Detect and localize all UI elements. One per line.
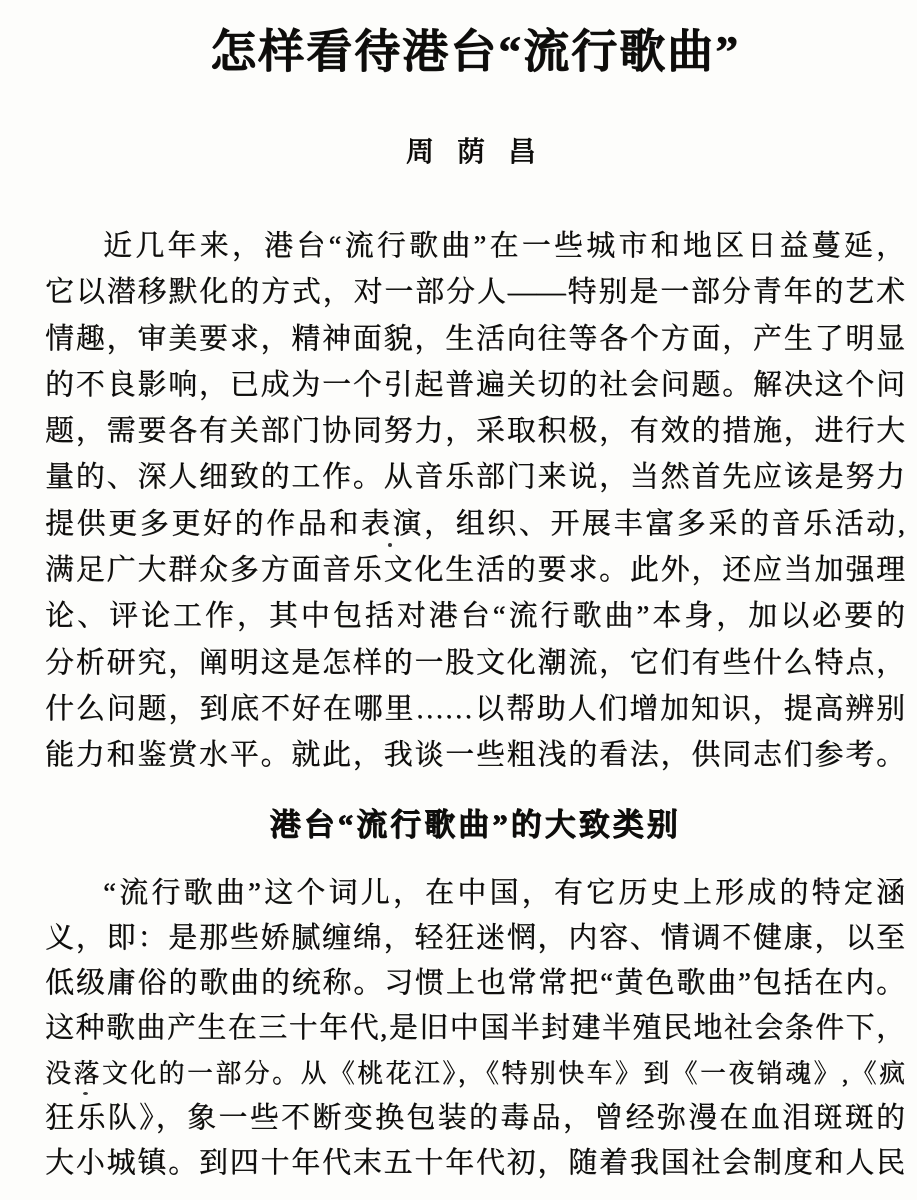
body-line: 它以潜移默化的方式，对一部分人——特别是一部分青年的艺术 — [45, 269, 905, 315]
body-line: 近几年来，港台“流行歌曲”在一些城市和地区日益蔓延， — [45, 223, 905, 269]
body-line: 没落文化的一部分。从《桃花江》，《特别快车》到《一夜销魂》,《疯 — [45, 1051, 905, 1096]
body-line: 的不良影响，已成为一个引起普遍关切的社会问题。解决这个问 — [45, 362, 905, 408]
section-paragraph: “流行歌曲”这个词儿，在中国，有它历史上形成的特定涵 义，即：是那些娇腻缠绵，轻… — [45, 871, 905, 1186]
text-block: 怎样看待港台“流行歌曲” 周 荫 昌 近几年来，港台“流行歌曲”在一些城市和地区… — [0, 0, 917, 1186]
body-line: 义，即：是那些娇腻缠绵，轻狂迷惘，内容、情调不健康，以至 — [45, 916, 905, 961]
scanned-document-page: 怎样看待港台“流行歌曲” 周 荫 昌 近几年来，港台“流行歌曲”在一些城市和地区… — [0, 0, 917, 1200]
author-name: 周 荫 昌 — [45, 135, 905, 171]
body-line: 大小城镇。到四十年代末五十年代初，随着我国社会制度和人民 — [45, 1141, 905, 1186]
body-line: 这种歌曲产生在三十年代,是旧中国半封建半殖民地社会条件下， — [45, 1006, 905, 1051]
scan-speck — [857, 712, 860, 715]
body-line: 什么问题，到底不好在哪里……以帮助人们增加知识，提高辨别 — [45, 686, 905, 732]
body-line: 狂乐队》，象一些不断变换包装的毒品，曾经弥漫在血泪斑斑的 — [45, 1096, 905, 1141]
section-heading: 港台“流行歌曲”的大致类别 — [45, 806, 905, 844]
body-line: 论、评论工作，其中包括对港台“流行歌曲”本身，加以必要的 — [45, 593, 905, 639]
body-line: 提供更多更好的作品和表演，组织、开展丰富多采的音乐活动, — [45, 501, 905, 547]
body-line: 情趣，审美要求，精神面貌，生活向往等各个方面，产生了明显 — [45, 316, 905, 362]
scan-speck — [388, 543, 392, 547]
scan-speck — [83, 1092, 88, 1095]
body-line: 低级庸俗的歌曲的统称。习惯上也常常把“黄色歌曲”包括在内。 — [45, 961, 905, 1006]
body-line: 分析研究，阐明这是怎样的一股文化潮流，它们有些什么特点， — [45, 640, 905, 686]
body-line: 题，需要各有关部门协同努力，采取积极，有效的措施，进行大 — [45, 408, 905, 454]
intro-paragraph: 近几年来，港台“流行歌曲”在一些城市和地区日益蔓延， 它以潜移默化的方式，对一部… — [45, 223, 905, 779]
body-line: 满足广大群众多方面音乐文化生活的要求。此外，还应当加强理 — [45, 547, 905, 593]
article-title: 怎样看待港台“流行歌曲” — [45, 0, 905, 82]
body-line: “流行歌曲”这个词儿，在中国，有它历史上形成的特定涵 — [45, 871, 905, 916]
body-line: 能力和鉴赏水平。就此，我谈一些粗浅的看法，供同志们参考。 — [45, 732, 905, 778]
body-line: 量的、深人细致的工作。从音乐部门来说，当然首先应该是努力 — [45, 454, 905, 500]
